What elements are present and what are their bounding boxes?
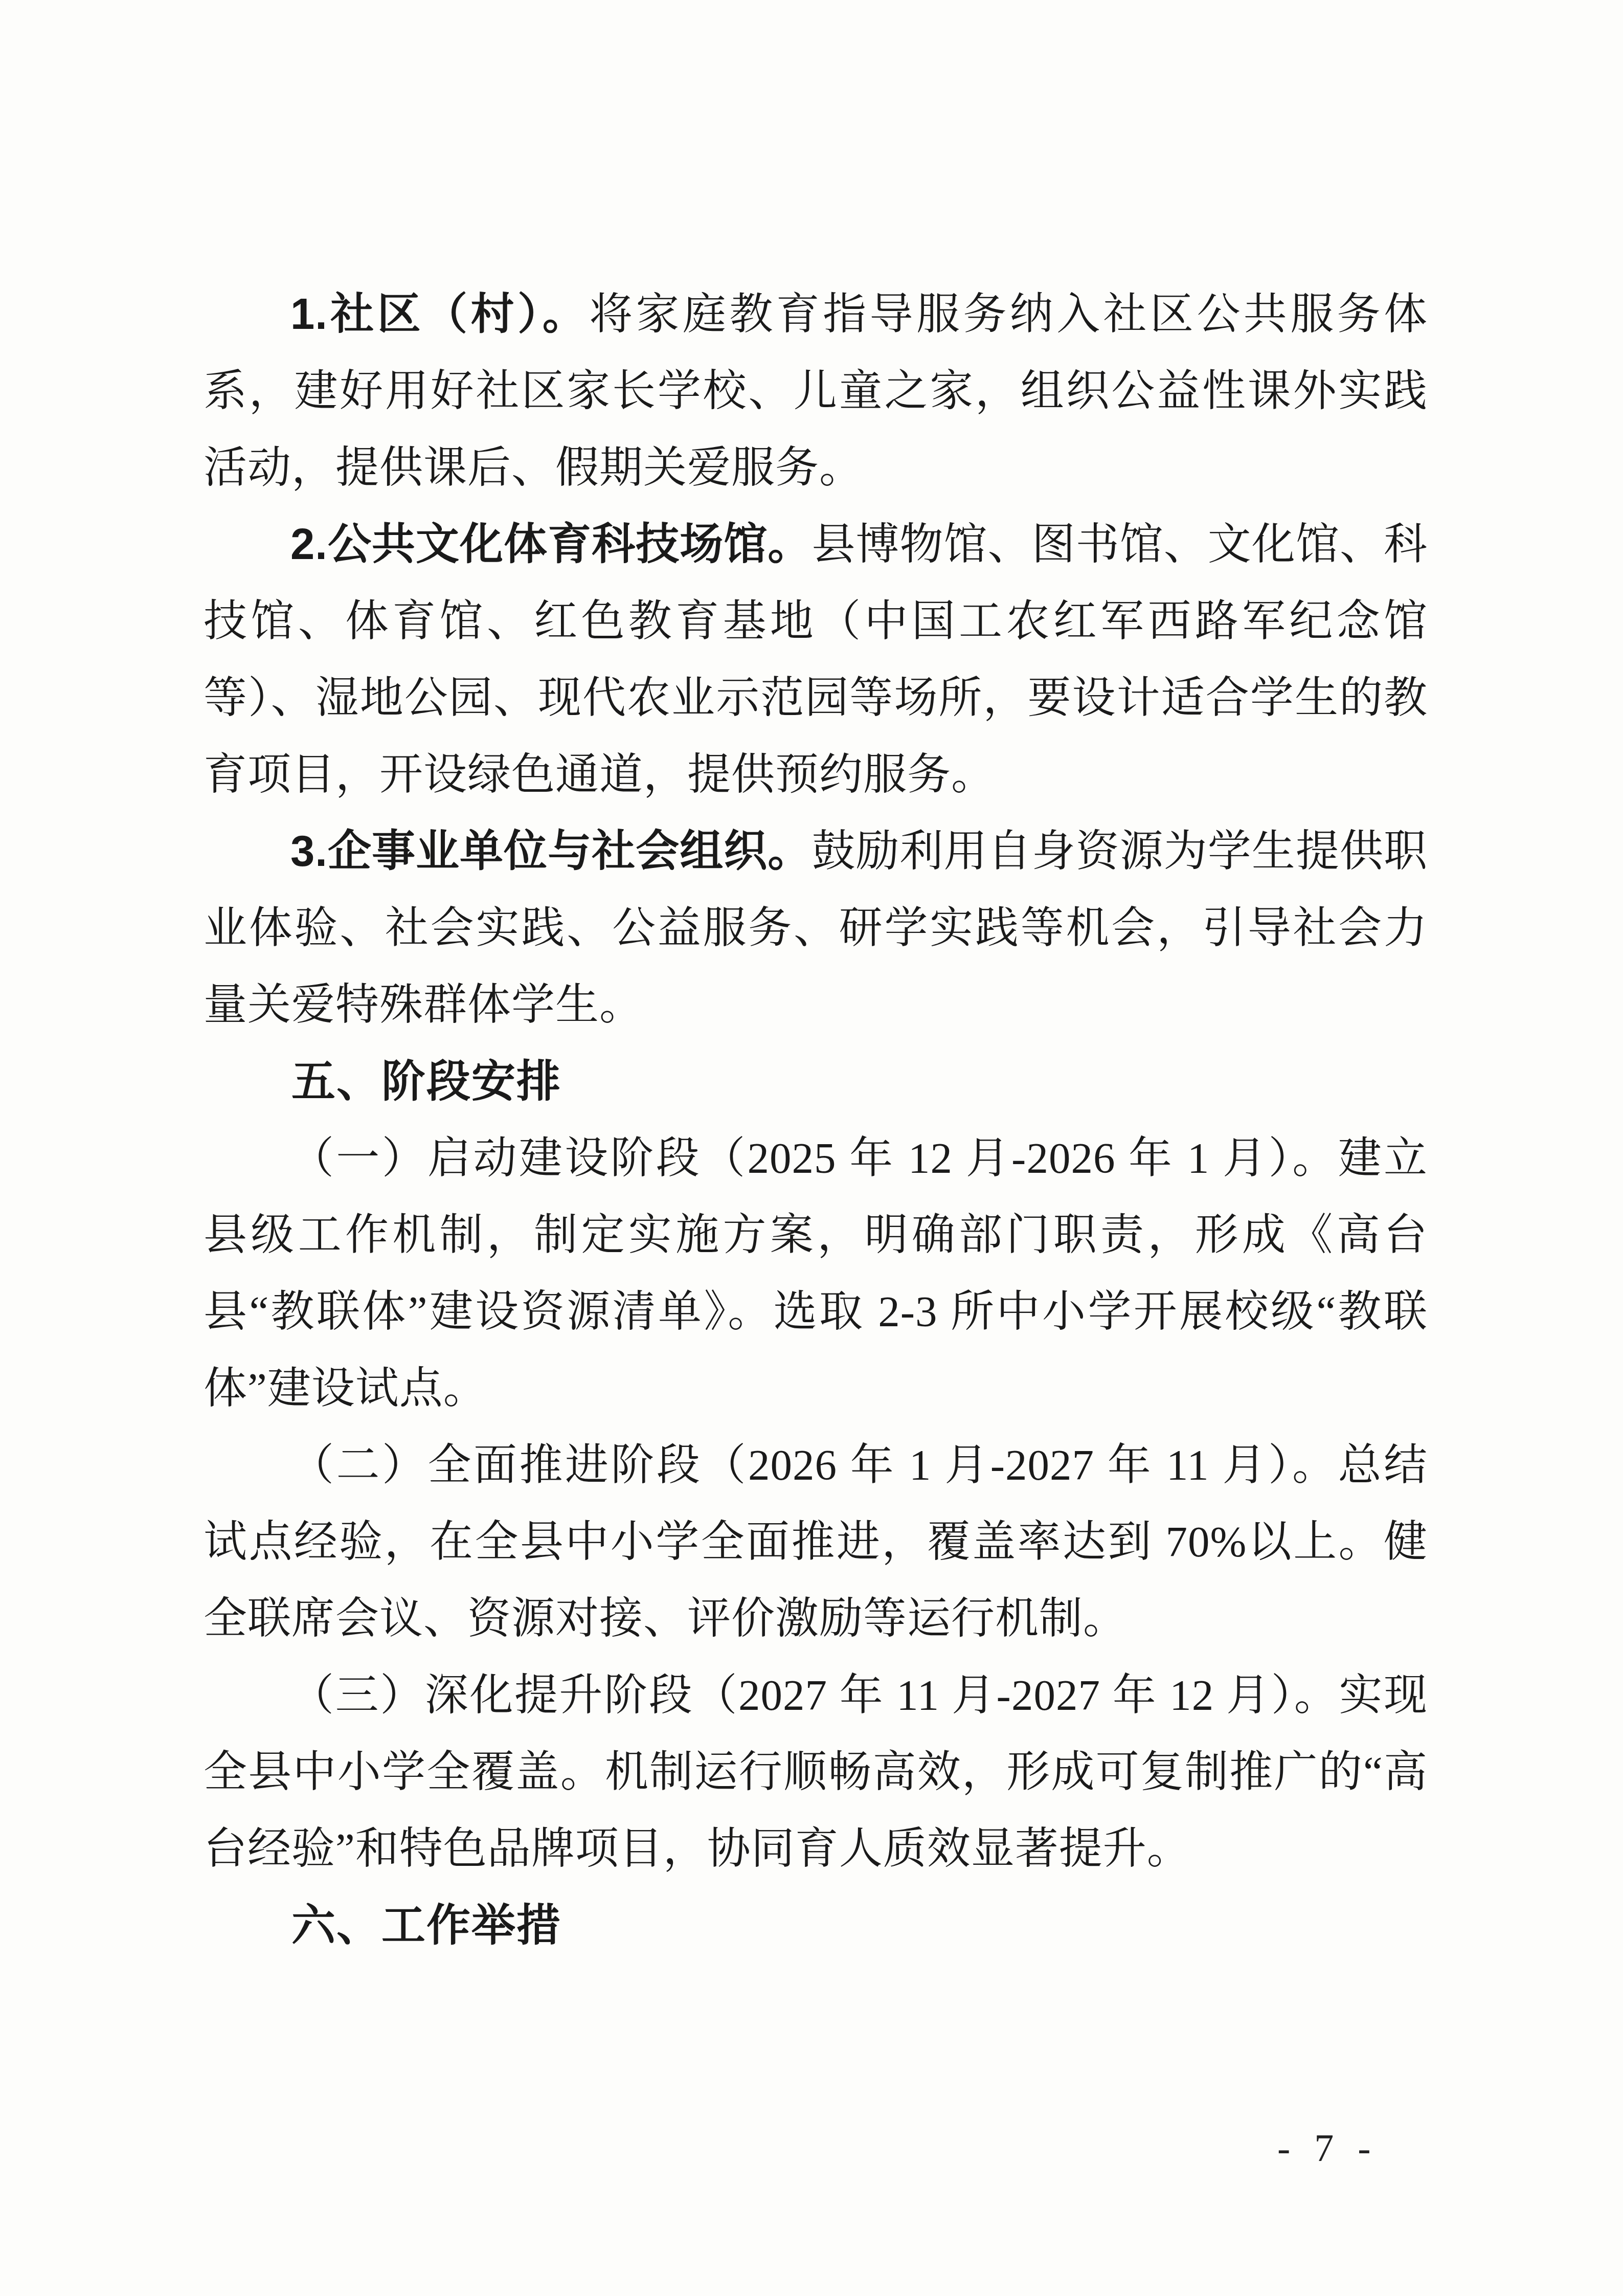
paragraph-venues: 2.公共文化体育科技场馆。县博物馆、图书馆、文化馆、科技馆、体育馆、红色教育基地… bbox=[204, 506, 1428, 813]
paragraph-stage-advance: （二）全面推进阶段（2026 年 1 月-2027 年 11 月）。总结试点经验… bbox=[204, 1427, 1428, 1657]
document-content: 1.社区（村）。将家庭教育指导服务纳入社区公共服务体系，建好用好社区家长学校、儿… bbox=[204, 276, 1428, 1964]
paragraph-community-lead: 1.社区（村）。 bbox=[290, 290, 589, 339]
paragraph-organizations-lead: 3.企事业单位与社会组织。 bbox=[290, 827, 811, 876]
paragraph-stage-deepen-lead: （三）深化提升阶段（2027 年 11 月-2027 年 12 月）。 bbox=[290, 1671, 1339, 1720]
page-number: - 7 - bbox=[1277, 2128, 1378, 2169]
paragraph-stage-launch-lead: （一）启动建设阶段（2025 年 12 月-2026 年 1 月）。 bbox=[290, 1134, 1338, 1183]
paragraph-stage-deepen: （三）深化提升阶段（2027 年 11 月-2027 年 12 月）。实现全县中… bbox=[204, 1657, 1428, 1887]
paragraph-organizations: 3.企事业单位与社会组织。鼓励利用自身资源为学生提供职业体验、社会实践、公益服务… bbox=[204, 813, 1428, 1043]
paragraph-stage-advance-lead: （二）全面推进阶段（2026 年 1 月-2027 年 11 月）。 bbox=[290, 1441, 1338, 1489]
document-page: 1.社区（村）。将家庭教育指导服务纳入社区公共服务体系，建好用好社区家长学校、儿… bbox=[0, 0, 1623, 2296]
section-heading-work-measures: 六、工作举措 bbox=[204, 1887, 1428, 1964]
paragraph-venues-lead: 2.公共文化体育科技场馆。 bbox=[290, 520, 811, 569]
paragraph-stage-launch: （一）启动建设阶段（2025 年 12 月-2026 年 1 月）。建立县级工作… bbox=[204, 1120, 1428, 1427]
paragraph-community: 1.社区（村）。将家庭教育指导服务纳入社区公共服务体系，建好用好社区家长学校、儿… bbox=[204, 276, 1428, 506]
section-heading-stage-arrangement: 五、阶段安排 bbox=[204, 1043, 1428, 1120]
